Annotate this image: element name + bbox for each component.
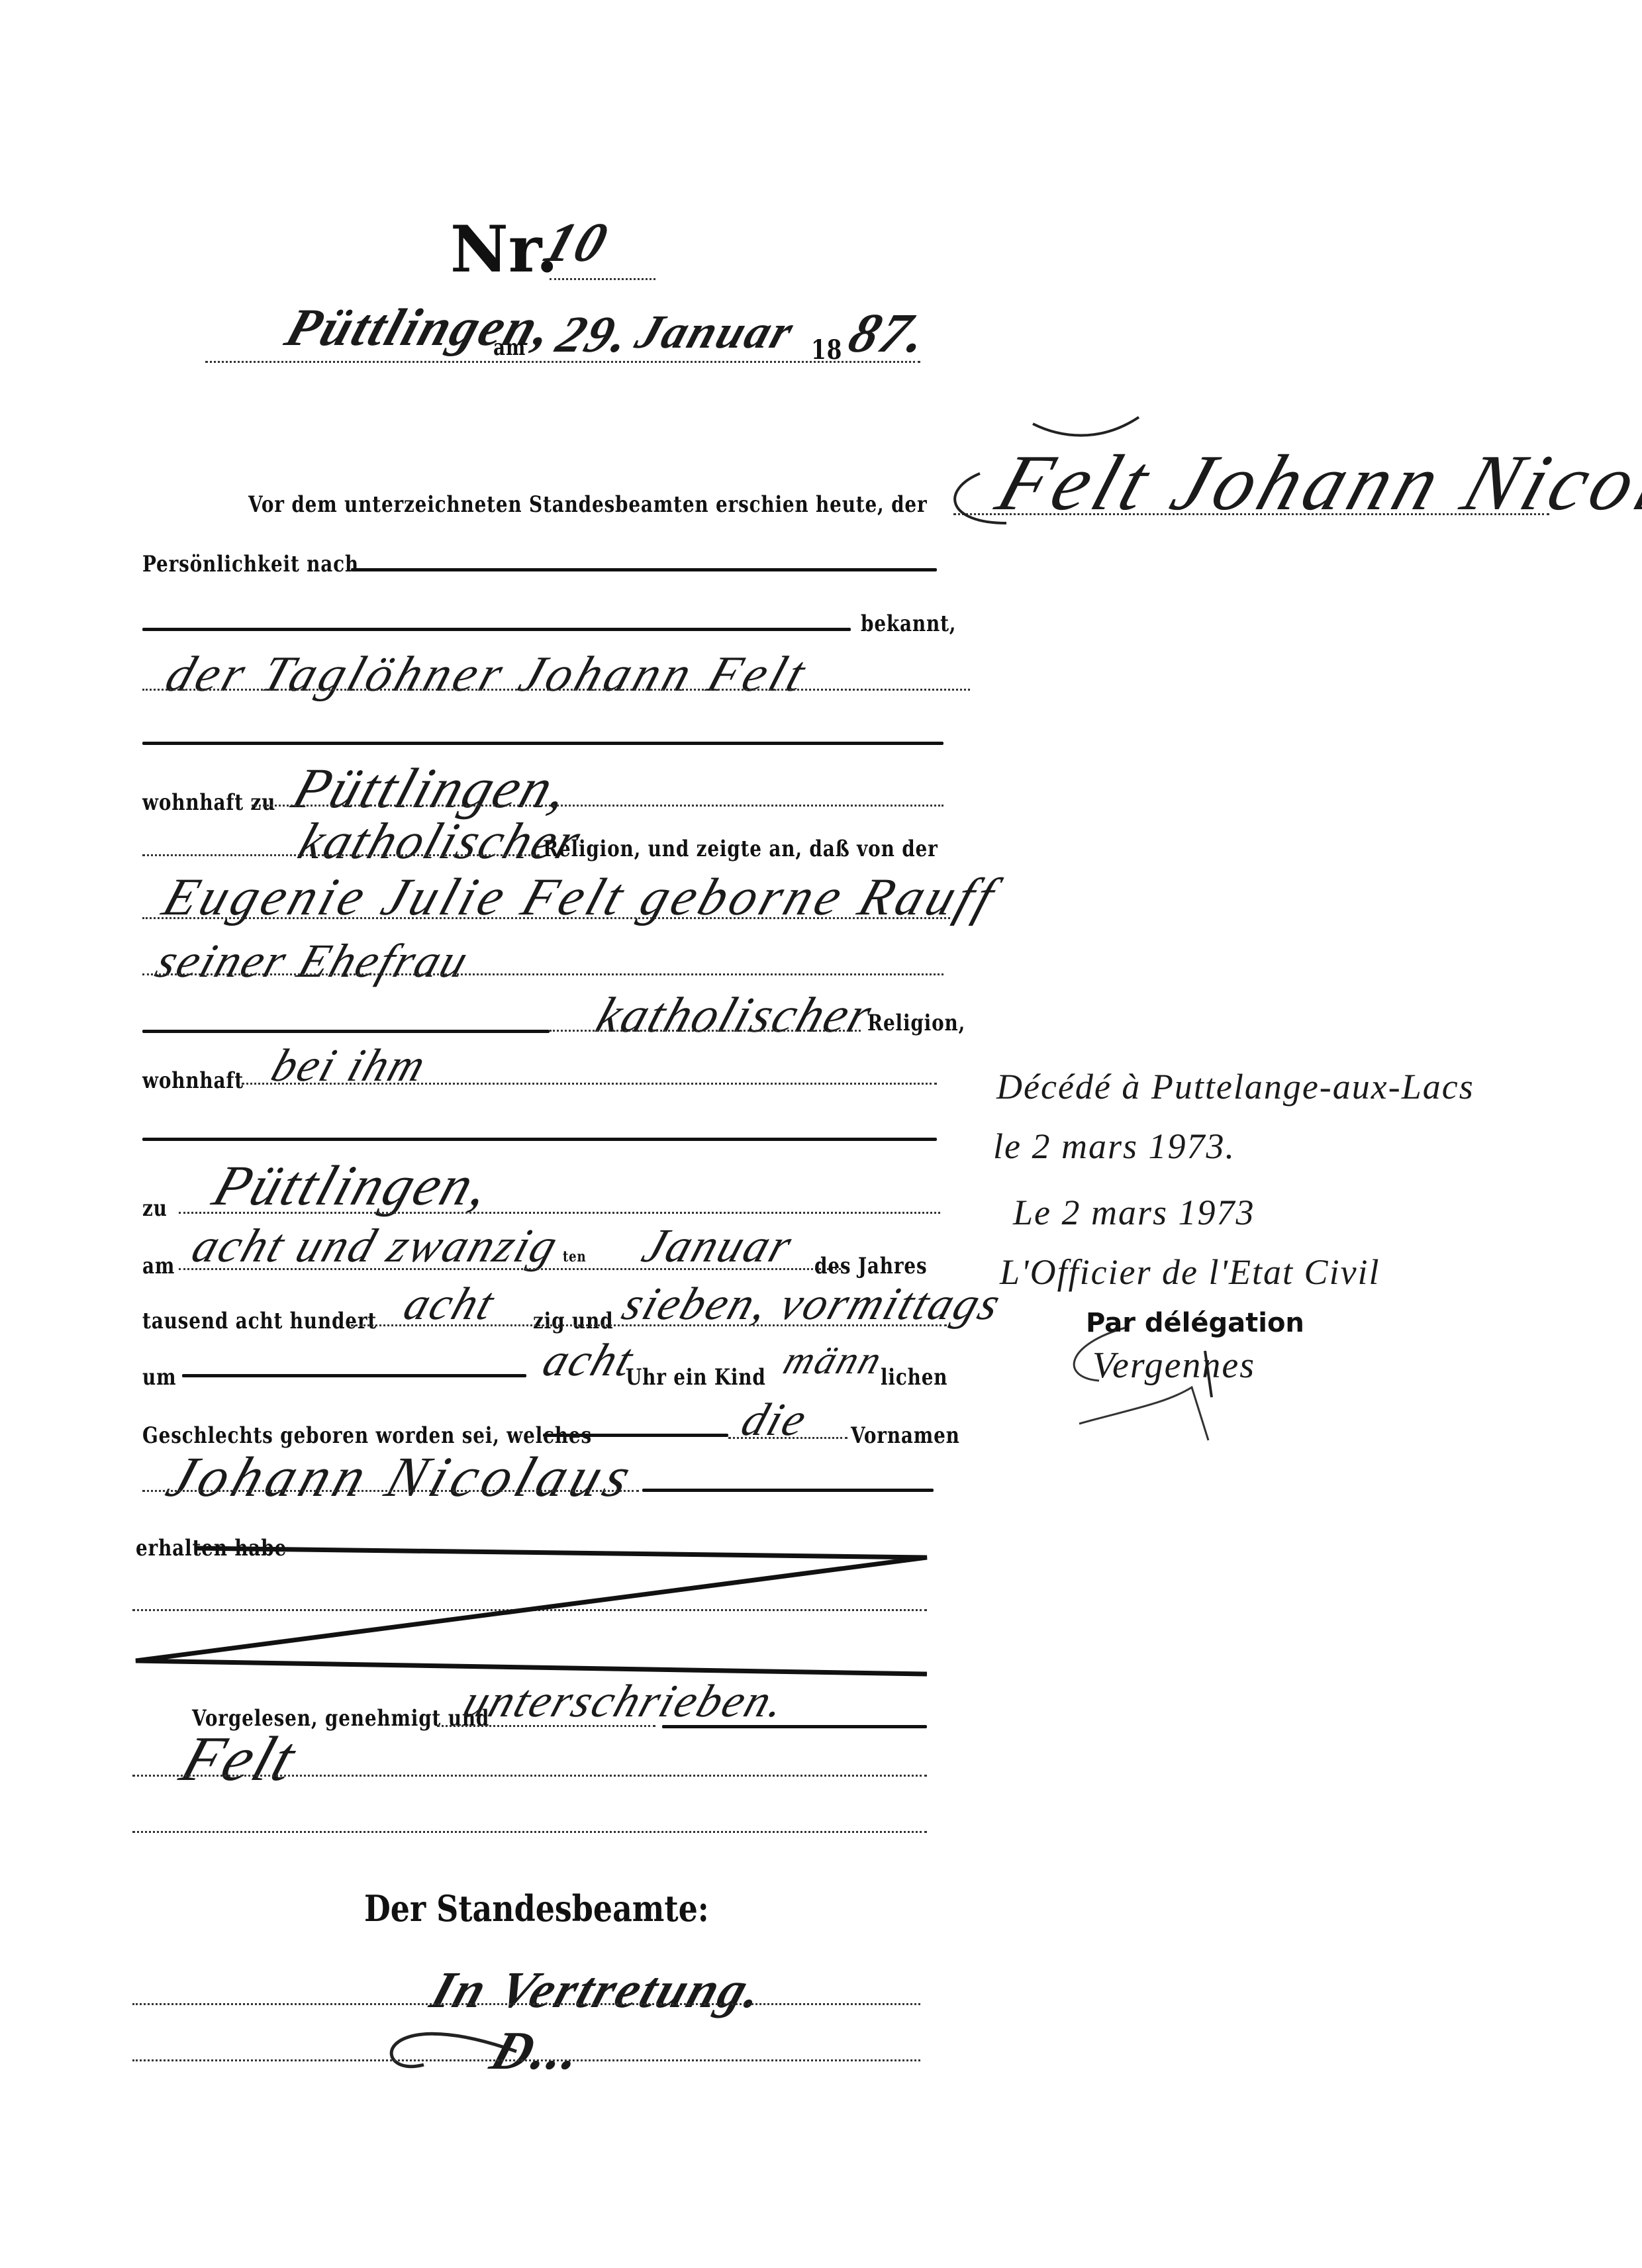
- signature-line-2: [132, 1831, 927, 1833]
- deputy-note: In Vertretung.: [424, 1960, 772, 2020]
- margin-entry-date: Le 2 mars 1973: [1013, 1192, 1255, 1233]
- civil-birth-record-page: Nr. 10 Püttlingen, am 29. Januar 18 87. …: [0, 0, 1642, 2268]
- margin-officer-title: L'Officier de l'Etat Civil: [1000, 1252, 1380, 1293]
- margin-officer-signature: Vergennes: [1092, 1344, 1255, 1387]
- official-line-2: [132, 2059, 920, 2061]
- read-approved-solidline: [662, 1725, 927, 1728]
- cancellation-z-mark: [0, 0, 1642, 2268]
- declarant-signature: Felt: [172, 1722, 307, 1795]
- official-heading: Der Standesbeamte:: [364, 1887, 709, 1930]
- margin-delegation-stamp: Par délégation: [1086, 1308, 1304, 1338]
- margin-death-place: Décédé à Puttelange-aux-Lacs: [996, 1066, 1474, 1107]
- read-approved-dotline: [437, 1725, 655, 1727]
- signature-line-1: [132, 1775, 927, 1777]
- read-approved-value: unterschrieben.: [457, 1675, 793, 1728]
- official-line-1: [132, 2003, 920, 2005]
- margin-death-date: le 2 mars 1973.: [993, 1126, 1235, 1167]
